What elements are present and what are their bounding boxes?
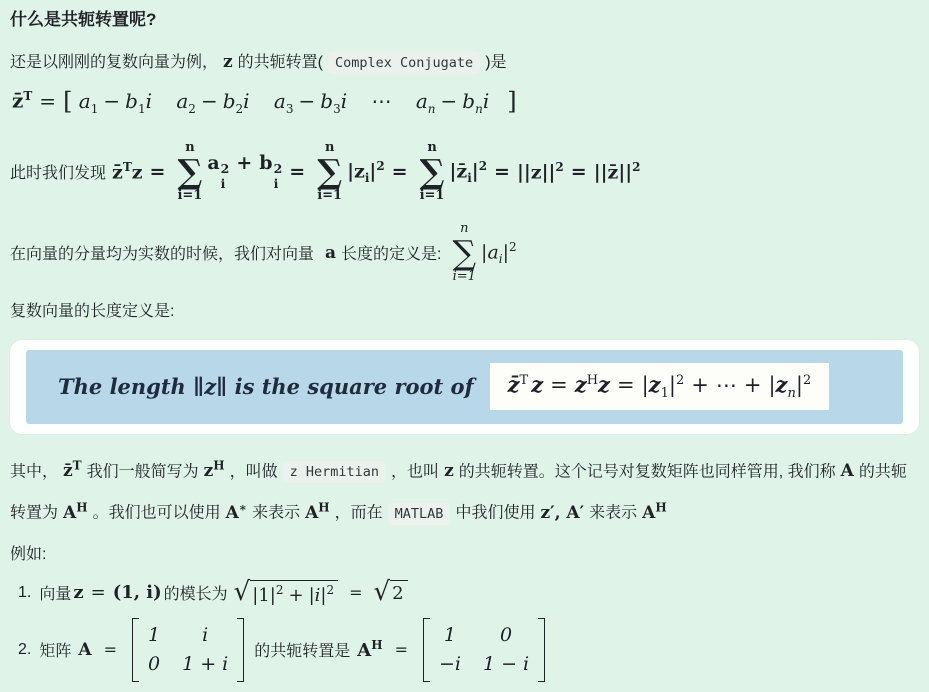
sum-lower: i=1: [453, 270, 476, 283]
math-sup: 2: [276, 583, 284, 597]
math-vector-z: z: [444, 461, 454, 481]
math-var: b: [462, 89, 475, 113]
list-marker: 1.: [18, 584, 31, 602]
math-sup: H: [318, 500, 329, 514]
sqrt-expression: √|1|2+|i|2: [234, 580, 338, 606]
math-norm-z: ||z||2: [517, 160, 564, 183]
math-sub: 2: [236, 102, 244, 116]
math-pipe: ||: [618, 161, 632, 183]
math-sup: 2: [676, 373, 684, 388]
math-var: z: [776, 372, 788, 397]
matrix-cell: 0: [148, 650, 160, 679]
math-plus: +: [691, 373, 709, 397]
math-var: b: [125, 89, 138, 113]
math-matrix-A: A: [841, 461, 854, 481]
math-sub: n: [428, 102, 436, 116]
math-var: b: [259, 152, 272, 174]
hermitian-paragraph: 其中，z̄T我们一般简写为zH，叫做z Hermitian，也叫z的共轭转置。这…: [10, 449, 919, 532]
matrix-bracket-left: [423, 618, 430, 683]
inline-code-z-hermitian: z Hermitian: [283, 461, 386, 483]
math-supsub: 2i: [221, 162, 230, 191]
math-AH: AH: [642, 503, 667, 522]
math-pipe: |: [347, 160, 354, 182]
example-list: 1. 向量 z=(1, i) 的模长为 √|1|2+|i|2 = √2 2. 矩…: [10, 574, 919, 684]
math-abs-zbari: |z̄i|2: [449, 159, 487, 185]
matrix-cell: 1 − i: [483, 650, 529, 679]
math-equals: =: [150, 161, 166, 183]
math-var: a: [274, 89, 286, 113]
sigma-icon: ∑: [317, 156, 342, 187]
math-var: z̄: [608, 161, 619, 183]
matrix-grid: 1i01 + i: [139, 618, 237, 683]
math-var: z: [649, 372, 661, 397]
math-sup: H: [655, 500, 666, 514]
text-run: ，也叫: [391, 463, 439, 480]
real-vector-paragraph: 在向量的分量均为实数的时候，我们对向量 a 长度的定义是: n∑i=1 |ai|…: [10, 222, 919, 284]
math-sub: n: [475, 102, 483, 116]
math-sup: 2: [509, 240, 517, 254]
matrix-cell: 0: [500, 621, 512, 650]
math-equals: =: [39, 89, 56, 113]
sigma-icon: ∑: [177, 156, 202, 187]
text-run: 的模长为: [164, 581, 228, 604]
summation: n∑i=1: [177, 141, 202, 202]
right-bracket: ]: [507, 88, 516, 116]
math-zbar: z̄: [12, 89, 23, 113]
math-var: i: [341, 89, 347, 113]
quote-image: The length ∥z∥ is the square root of z̄T…: [26, 350, 903, 424]
math-equals: =: [617, 373, 635, 397]
math-sup: 2: [274, 162, 283, 176]
matrix-bracket-right: [237, 618, 244, 683]
math-pipe: |: [768, 373, 775, 397]
matrix-a: 1i01 + i: [132, 618, 244, 683]
math-minus: −: [201, 89, 218, 113]
math-equals: =: [289, 161, 305, 183]
summation: n∑i=1: [317, 141, 342, 202]
math-plus: +: [288, 585, 303, 606]
math-var: A: [642, 503, 655, 523]
math-equals: =: [571, 161, 587, 183]
math-equals: =: [392, 161, 408, 183]
radical-icon: √: [374, 579, 391, 605]
math-pipe: ||: [542, 161, 556, 183]
math-equals: =: [494, 161, 510, 183]
matrix-bracket-right: [538, 618, 545, 683]
math-sub: 1: [138, 102, 146, 116]
math-equals: =: [104, 640, 117, 659]
math-cdots: ⋯: [371, 89, 391, 113]
math-var: a: [207, 152, 219, 174]
sigma-icon: ∑: [420, 156, 445, 187]
text-run: )是: [485, 54, 506, 71]
text-run: 的共轭转置是: [254, 638, 350, 661]
matrix-cell: 1: [148, 621, 160, 650]
math-matrix-A: A: [78, 640, 91, 660]
math-var: z̄: [63, 461, 73, 481]
math-sup: 2: [803, 373, 811, 388]
math-var: A: [226, 503, 239, 523]
math-zH: zH: [204, 461, 225, 480]
math-var: A: [357, 640, 371, 661]
math-tuple: (1, i): [113, 582, 162, 603]
math-sub: 1: [91, 102, 99, 116]
summation: n∑i=1: [452, 222, 476, 283]
math-sup-T: T: [23, 89, 32, 103]
text-run: 复数向量的长度定义是:: [10, 303, 174, 320]
text-run: 矩阵: [39, 638, 71, 661]
sum-lower: i=1: [317, 189, 342, 202]
math-var: i: [483, 89, 489, 113]
matrix-grid: 10−i1 − i: [430, 618, 538, 683]
math-sup: 2: [376, 159, 384, 173]
math-equals: =: [550, 373, 568, 397]
math-norm-zbar: ||z̄||2: [594, 160, 641, 183]
math-abs-ai: |ai|2: [481, 240, 517, 266]
radicand: |1|2+|i|2: [250, 580, 338, 606]
discovery-formula: 此时我们发现 z̄Tz = n∑i=1 a2i+b2i = n∑i=1 |zi|…: [10, 136, 919, 208]
text-run: 。我们也可以使用: [93, 505, 221, 522]
summation: n∑i=1: [420, 141, 445, 202]
math-sub: i: [274, 177, 279, 191]
math-var: z̄: [456, 160, 467, 182]
math-sub: 2: [188, 102, 196, 116]
math-var: A: [63, 503, 76, 523]
math-AH: AH: [63, 503, 88, 522]
math-sup: T: [73, 459, 82, 473]
math-sup: 2: [555, 160, 563, 174]
matrix-entry: a3−b3i: [274, 89, 347, 113]
sum-lower: i=1: [177, 189, 202, 202]
math-sub: 3: [286, 102, 294, 116]
math-pipe: ||: [594, 161, 608, 183]
math-sub: n: [787, 386, 795, 401]
example-label: 例如:: [10, 544, 919, 566]
math-var: i: [146, 89, 152, 113]
math-z-prime-A-prime: z′, A′: [540, 503, 584, 523]
math-var: z̄: [508, 372, 520, 397]
math-var: a: [79, 89, 91, 113]
radical-icon: √: [234, 579, 251, 605]
math-equals: =: [349, 583, 362, 602]
math-var: z̄: [112, 161, 123, 183]
text-run: 在向量的分量均为实数的时候，我们对向量: [10, 241, 314, 264]
math-var: z: [598, 372, 610, 397]
math-var: a: [416, 89, 428, 113]
sqrt-two: √2: [374, 580, 408, 606]
text-run: 此时我们发现: [10, 160, 106, 183]
math-sup: T: [123, 160, 132, 174]
example-item-1: 1. 向量 z=(1, i) 的模长为 √|1|2+|i|2 = √2: [18, 574, 919, 612]
text-run: 向量: [39, 581, 71, 604]
math-plus: +: [744, 373, 762, 397]
sigma-icon: ∑: [452, 237, 476, 268]
matrix-entry: an−bni: [416, 89, 489, 113]
math-z-tuple: z=(1, i): [73, 582, 161, 603]
math-plus: +: [236, 152, 252, 174]
math-var: z: [354, 160, 365, 182]
quote-caption: The length ∥z∥ is the square root of: [58, 374, 474, 399]
math-minus: −: [103, 89, 120, 113]
math-sup: 2: [479, 159, 487, 173]
matrix-bracket-left: [132, 618, 139, 683]
math-vector-z: z: [223, 52, 233, 72]
math-minus: −: [299, 89, 316, 113]
text-run: 我们一般简写为: [87, 463, 199, 480]
math-var: A: [305, 503, 318, 523]
inline-code-complex-conjugate: Complex Conjugate: [328, 52, 480, 74]
article-page: { "page": { "bg_color": "#dff3e9", "text…: [0, 0, 929, 692]
math-minus: −: [441, 89, 458, 113]
math-var: a: [176, 89, 188, 113]
math-pipe: |: [669, 373, 676, 397]
math-cdots: ⋯: [716, 373, 737, 397]
math-pipe: |: [472, 160, 479, 182]
inline-code-matlab: MATLAB: [388, 503, 451, 525]
math-var: z: [132, 161, 143, 183]
math-num: 1: [258, 585, 269, 606]
matrix-entry: a1−b1i: [79, 89, 152, 113]
sum-lower: i=1: [420, 189, 445, 202]
math-sup: H: [76, 500, 87, 514]
math-var: b: [223, 89, 236, 113]
math-equals: =: [91, 582, 106, 603]
radicand: 2: [390, 580, 407, 606]
text-run: 的共轭转置(: [238, 54, 323, 71]
text-run: 例如:: [10, 546, 46, 563]
text-run: 其中，: [10, 463, 58, 480]
math-pipe: |: [796, 373, 803, 397]
text-run: 中我们使用: [455, 505, 535, 522]
matrix-entry: a2−b2i: [176, 89, 249, 113]
math-vector-a: a: [325, 243, 336, 263]
math-var: z: [531, 372, 543, 397]
math-var: a: [487, 241, 498, 263]
math-sub: i: [221, 177, 226, 191]
math-var: i: [243, 89, 249, 113]
example-item-2: 2. 矩阵 A = 1i01 + i 的共轭转置是 AH = 10−i1 − i: [18, 616, 919, 684]
matrix-cell: −i: [439, 650, 461, 679]
math-A-star: A∗: [226, 503, 248, 522]
math-AH: AH: [357, 638, 382, 661]
matrix-cell: 1: [444, 621, 456, 650]
math-var: z: [204, 461, 214, 481]
math-abs-zi: |zi|2: [347, 159, 385, 185]
text-run: 的共轭转置。这个记号对复数矩阵也同样管用, 我们称: [459, 463, 836, 480]
text-run: ，而在: [335, 505, 383, 522]
page-heading: 什么是共轭转置呢?: [10, 8, 919, 32]
math-pipe: |: [642, 373, 649, 397]
math-zbarT: z̄T: [63, 461, 82, 480]
math-var: z: [575, 372, 587, 397]
math-sup: 2: [326, 583, 334, 597]
complex-length-paragraph: 复数向量的长度定义是:: [10, 300, 919, 324]
math-var: z: [531, 161, 542, 183]
list-marker: 2.: [18, 641, 31, 659]
matrix-a-hermitian: 10−i1 − i: [423, 618, 545, 683]
conjugate-transpose-formula: z̄T=[ a1−b1i a2−b2i a3−b3i ⋯ an−bni]: [12, 81, 919, 124]
math-sup: H: [371, 638, 382, 652]
math-supsub: 2i: [274, 162, 283, 191]
math-sub: 1: [661, 386, 669, 401]
math-var: z: [73, 582, 83, 603]
math-equals: =: [395, 640, 408, 659]
text-run: ，叫做: [230, 463, 278, 480]
math-sup: 2: [221, 162, 230, 176]
math-sup: T: [520, 373, 529, 388]
text-run: 还是以刚刚的复数向量为例，: [10, 54, 218, 71]
math-sup: 2: [632, 160, 640, 174]
text-run: 长度的定义是:: [341, 241, 441, 264]
textbook-quote-panel: The length ∥z∥ is the square root of z̄T…: [10, 340, 919, 434]
intro-paragraph: 还是以刚刚的复数向量为例，z的共轭转置(Complex Conjugate)是: [10, 50, 919, 75]
text-run: 来表示: [252, 505, 300, 522]
math-ai2-bi2: a2i+b2i: [207, 152, 282, 191]
quote-formula-box: z̄Tz=zHz=|z1|2+⋯+|zn|2: [490, 363, 830, 410]
left-bracket: [: [63, 88, 72, 116]
math-sup: H: [213, 459, 224, 473]
math-sub: 3: [333, 102, 341, 116]
math-var: b: [320, 89, 333, 113]
text-run: 来表示: [589, 505, 637, 522]
matrix-cell: 1 + i: [182, 650, 228, 679]
math-sup-star: ∗: [239, 500, 247, 514]
math-sup: H: [587, 373, 598, 388]
math-zbarT-z: z̄Tz: [112, 160, 143, 183]
matrix-cell: i: [202, 621, 208, 650]
math-pipe: ||: [517, 161, 531, 183]
math-AH: AH: [305, 503, 330, 522]
